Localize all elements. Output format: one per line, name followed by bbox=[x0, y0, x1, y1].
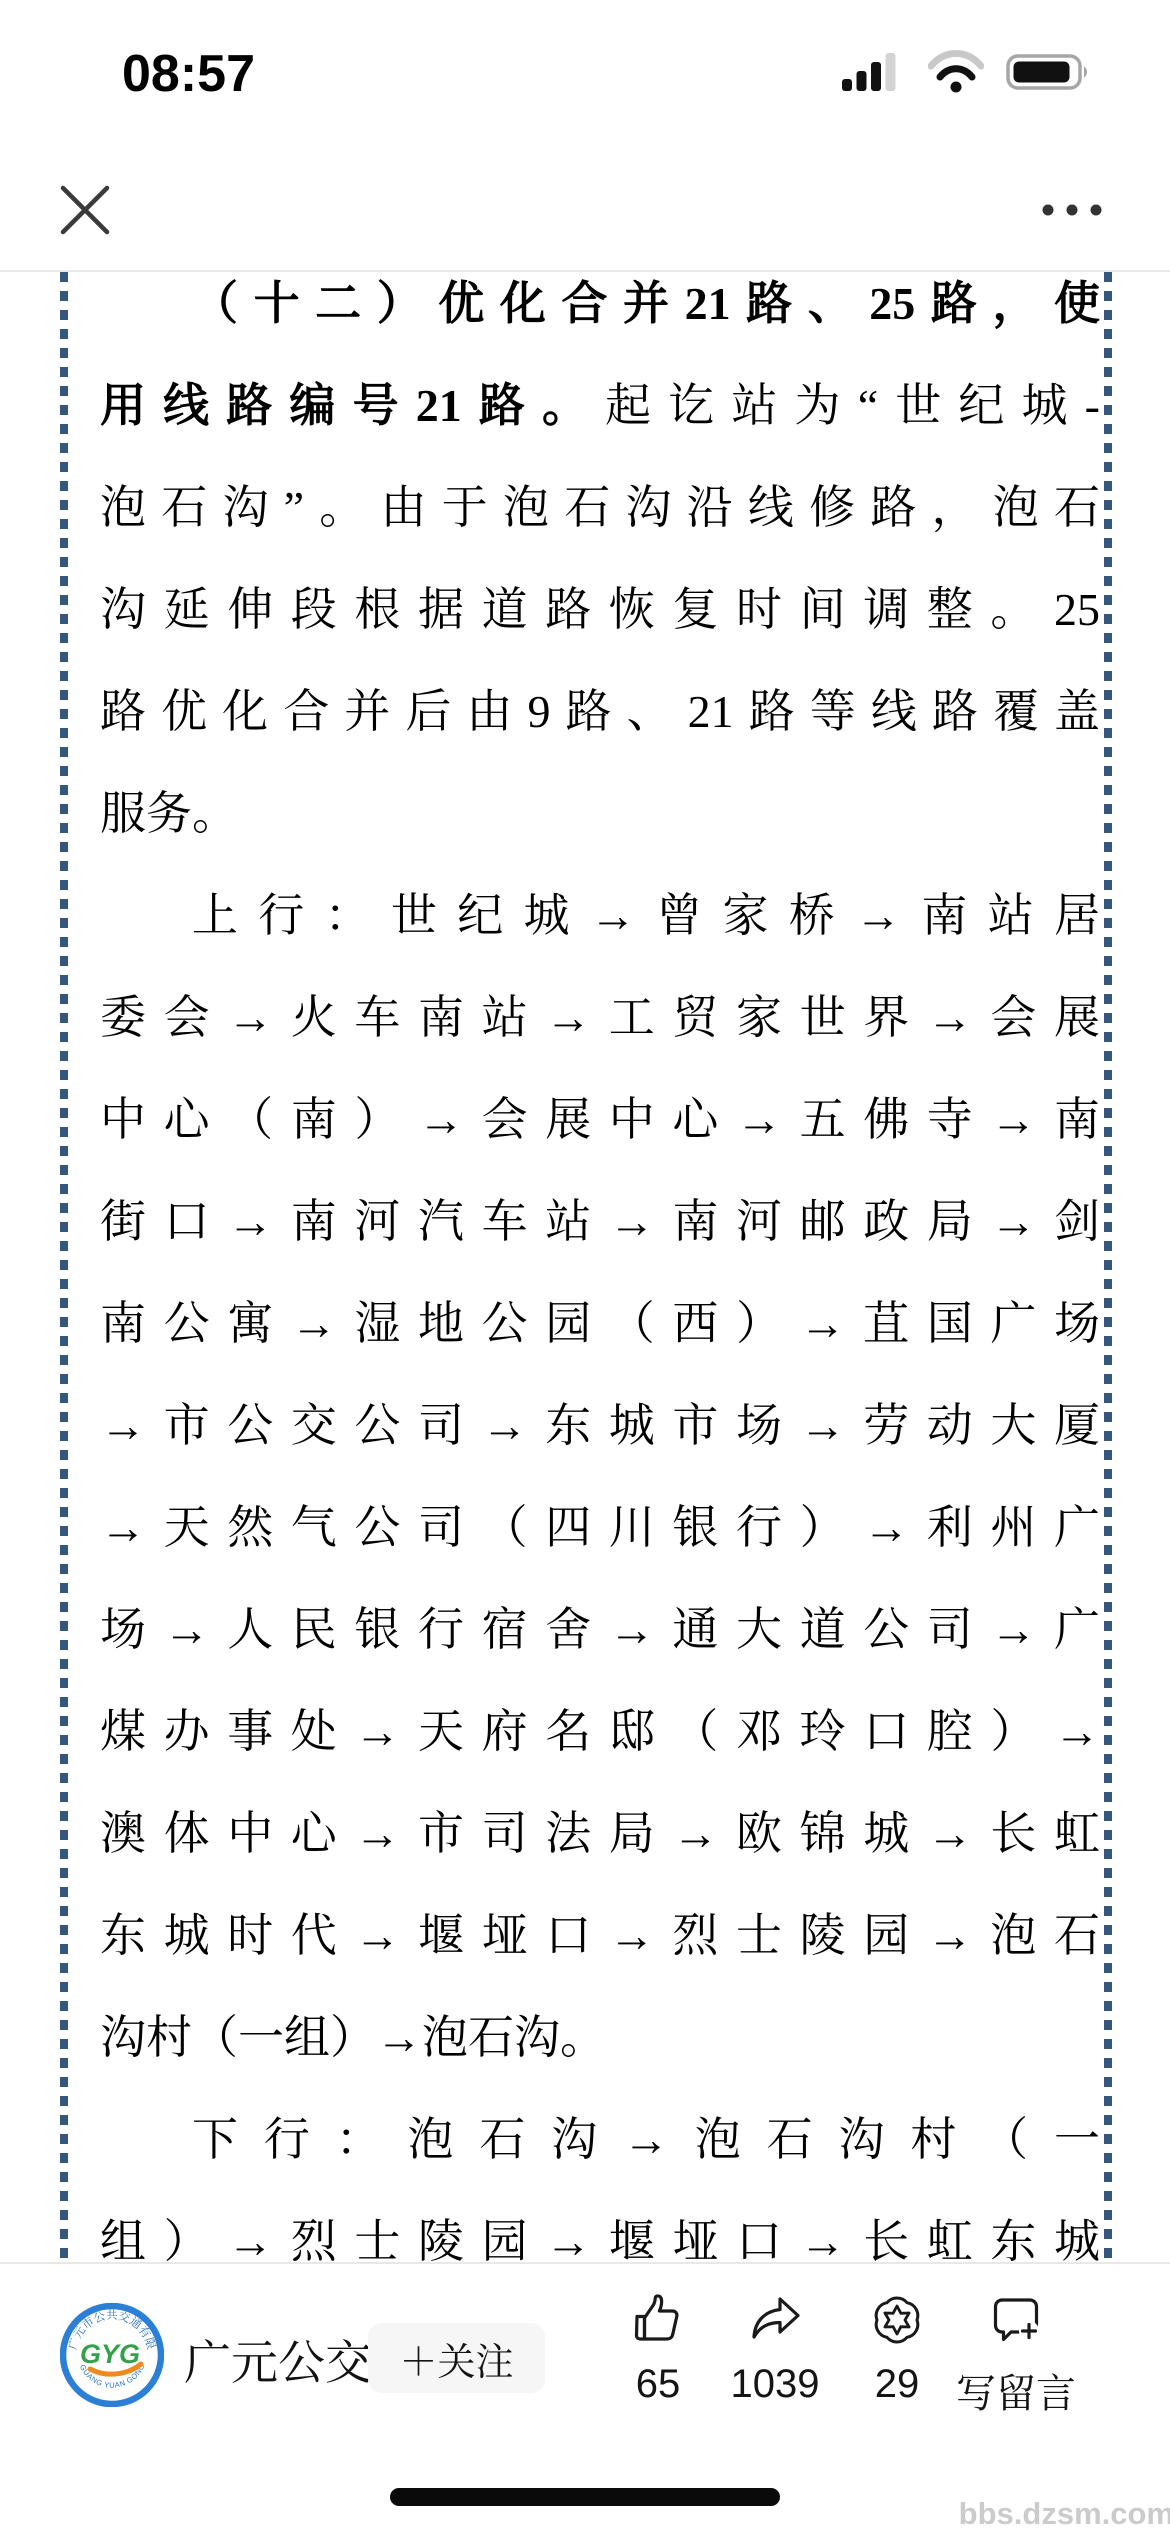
account-avatar[interactable]: 广元市公共交通有限公司 GUANG YUAN GONG JIAO GYG bbox=[60, 2303, 164, 2407]
article-line: 煤办事处→天府名邸（邓玲口腔）→ bbox=[100, 1681, 1100, 1783]
follow-button[interactable]: ＋关注 bbox=[368, 2323, 545, 2393]
article-line: 用线路编号21路。起讫站为“世纪城- bbox=[100, 355, 1100, 457]
article-line: 路优化合并后由9路、21路等线路覆盖 bbox=[100, 661, 1100, 763]
cellular-signal-icon bbox=[842, 51, 906, 93]
article-line: 沟延伸段根据道路恢复时间调整。25 bbox=[100, 559, 1100, 661]
article-text-segment: 路优化合并后由9路、21路等线路覆盖 bbox=[100, 686, 1100, 737]
article-text-segment: 东城时代→堰垭口→烈士陵园→泡石 bbox=[100, 1910, 1100, 1961]
svg-text:GYG: GYG bbox=[80, 2339, 140, 2369]
article-line: （十二）优化合并21路、25路，使 bbox=[100, 272, 1100, 355]
article-line: →市公交公司→东城市场→劳动大厦 bbox=[100, 1375, 1100, 1477]
article-text-segment: →市公交公司→东城市场→劳动大厦 bbox=[100, 1400, 1100, 1451]
article-line: 上行：世纪城→曾家桥→南站居 bbox=[100, 865, 1100, 967]
dashed-border-left bbox=[60, 272, 68, 2262]
thumbs-up-icon bbox=[630, 2292, 686, 2348]
article-line: →天然气公司（四川银行）→利州广 bbox=[100, 1477, 1100, 1579]
article-text-segment: 澳体中心→市司法局→欧锦城→长虹 bbox=[100, 1808, 1100, 1859]
article-line: 场→人民银行宿舍→通大道公司→广 bbox=[100, 1579, 1100, 1681]
article-text-segment: 街口→南河汽车站→南河邮政局→剑 bbox=[100, 1196, 1100, 1247]
article-text-segment: 上行：世纪城→曾家桥→南站居 bbox=[192, 890, 1100, 941]
wow-count: 29 bbox=[875, 2362, 920, 2407]
like-count: 65 bbox=[636, 2362, 681, 2407]
wifi-icon bbox=[928, 50, 984, 94]
comment-bubble-icon bbox=[988, 2292, 1044, 2348]
watermark: bbs.dzsm.com bbox=[959, 2496, 1170, 2532]
share-count: 1039 bbox=[731, 2362, 820, 2407]
article-line: 中心（南）→会展中心→五佛寺→南 bbox=[100, 1069, 1100, 1171]
comment-button[interactable]: 写留言 bbox=[946, 2292, 1086, 2419]
more-menu-icon[interactable] bbox=[1036, 198, 1108, 222]
close-icon[interactable] bbox=[55, 180, 115, 240]
article-text-segment: 煤办事处→天府名邸（邓玲口腔）→ bbox=[100, 1706, 1100, 1757]
article-bold-text: 用线路编号21路。 bbox=[100, 380, 605, 431]
share-button[interactable]: 1039 bbox=[705, 2292, 845, 2407]
article-line: 东城时代→堰垭口→烈士陵园→泡石 bbox=[100, 1885, 1100, 1987]
article-line: 泡石沟”。由于泡石沟沿线修路，泡石 bbox=[100, 457, 1100, 559]
article-text-segment: 南公寓→湿地公园（西）→苴国广场 bbox=[100, 1298, 1100, 1349]
battery-icon bbox=[1006, 52, 1092, 92]
article-text-segment: 下行：泡石沟→泡石沟村（一 bbox=[192, 2114, 1100, 2165]
article-line: 组）→烈士陵园→堰垭口→长虹东城 bbox=[100, 2191, 1100, 2262]
article-text-segment: 委会→火车南站→工贸家世界→会展 bbox=[100, 992, 1100, 1043]
article-text-segment: 泡石沟”。由于泡石沟沿线修路，泡石 bbox=[100, 482, 1100, 533]
article-text: （十二）优化合并21路、25路，使用线路编号21路。起讫站为“世纪城-泡石沟”。… bbox=[100, 272, 1100, 2262]
comment-label: 写留言 bbox=[956, 2362, 1076, 2419]
article-text-segment: 中心（南）→会展中心→五佛寺→南 bbox=[100, 1094, 1100, 1145]
article-line: 街口→南河汽车站→南河邮政局→剑 bbox=[100, 1171, 1100, 1273]
status-time: 08:57 bbox=[122, 44, 255, 104]
article-line: 沟村（一组）→泡石沟。 bbox=[100, 1987, 1100, 2089]
article-bold-text: （十二）优化合并21路、25路，使 bbox=[192, 278, 1100, 329]
article-text-segment: 场→人民银行宿舍→通大道公司→广 bbox=[100, 1604, 1100, 1655]
article-text-segment: 组）→烈士陵园→堰垭口→长虹东城 bbox=[100, 2216, 1100, 2262]
status-bar: 08:57 bbox=[0, 0, 1170, 110]
account-name[interactable]: 广元公交 bbox=[184, 2326, 372, 2393]
article-text-segment: 沟延伸段根据道路恢复时间调整。25 bbox=[100, 584, 1100, 635]
wow-flower-icon bbox=[869, 2292, 925, 2348]
article-line: 澳体中心→市司法局→欧锦城→长虹 bbox=[100, 1783, 1100, 1885]
article-line: 下行：泡石沟→泡石沟村（一 bbox=[100, 2089, 1100, 2191]
article-line: 服务。 bbox=[100, 763, 1100, 865]
share-arrow-icon bbox=[747, 2292, 803, 2348]
article-text-segment: 服务。 bbox=[100, 788, 238, 839]
article-text-segment: 起讫站为“世纪城- bbox=[605, 380, 1100, 431]
home-indicator[interactable] bbox=[390, 2488, 780, 2506]
dashed-border-right bbox=[1104, 272, 1112, 2262]
article-line: 委会→火车南站→工贸家世界→会展 bbox=[100, 967, 1100, 1069]
article-line: 南公寓→湿地公园（西）→苴国广场 bbox=[100, 1273, 1100, 1375]
article-nav-bar bbox=[0, 110, 1170, 270]
article-content: （十二）优化合并21路、25路，使用线路编号21路。起讫站为“世纪城-泡石沟”。… bbox=[0, 272, 1170, 2262]
article-text-segment: →天然气公司（四川银行）→利州广 bbox=[100, 1502, 1100, 1553]
article-text-segment: 沟村（一组）→泡石沟。 bbox=[100, 2012, 606, 2063]
